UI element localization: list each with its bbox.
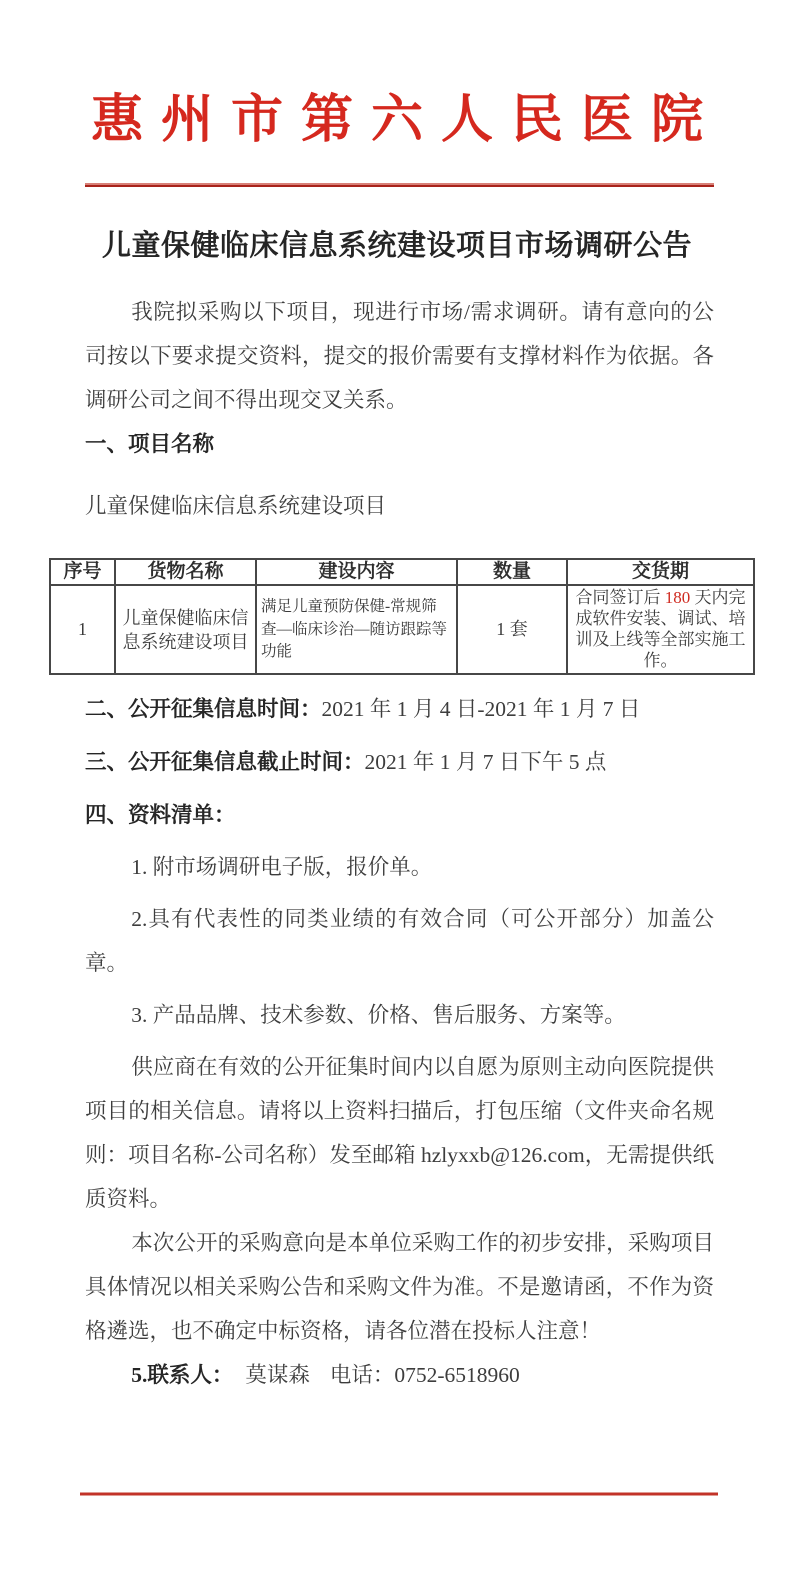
section-3-line: 三、公开征集信息截止时间：2021 年 1 月 7 日下午 5 点	[85, 740, 714, 784]
table-row: 1 儿童保健临床信息系统建设项目 满足儿童预防保健-常规筛查—临床诊治—随访跟踪…	[50, 585, 754, 674]
document-title: 儿童保健临床信息系统建设项目市场调研公告	[55, 223, 739, 264]
section-2-value: 2021 年 1 月 4 日-2021 年 1 月 7 日	[322, 697, 641, 721]
checklist-item-3: 3. 产品品牌、技术参数、价格、售后服务、方案等。	[85, 993, 714, 1037]
delivery-text-before: 合同签订后	[576, 588, 665, 607]
procurement-table: 序号 货物名称 建设内容 数量 交货期 1 儿童保健临床信息系统建设项目 满足儿…	[49, 558, 755, 675]
cell-build-content: 满足儿童预防保健-常规筛查—临床诊治—随访跟踪等功能	[256, 585, 457, 674]
col-header-goods-name: 货物名称	[115, 559, 256, 585]
section-2-line: 二、公开征集信息时间：2021 年 1 月 4 日-2021 年 1 月 7 日	[85, 687, 714, 731]
notice-paragraph: 本次公开的采购意向是本单位采购工作的初步安排，采购项目具体情况以相关采购公告和采…	[85, 1221, 714, 1353]
checklist-item-2: 2.具有代表性的同类业绩的有效合同（可公开部分）加盖公章。	[85, 897, 714, 985]
submission-paragraph: 供应商在有效的公开征集时间内以自愿为原则主动向医院提供项目的相关信息。请将以上资…	[85, 1045, 714, 1221]
document-page: 惠州市第六人民医院 儿童保健临床信息系统建设项目市场调研公告 我院拟采购以下项目…	[0, 0, 794, 1583]
header-rule	[85, 183, 714, 187]
section-4-heading: 四、资料清单：	[85, 793, 714, 837]
section-3-label: 三、公开征集信息截止时间：	[85, 750, 365, 774]
col-header-build-content: 建设内容	[256, 559, 457, 585]
table-header-row: 序号 货物名称 建设内容 数量 交货期	[50, 559, 754, 585]
footer-rule	[80, 1492, 718, 1496]
cell-no: 1	[50, 585, 115, 674]
hospital-name: 惠州市第六人民医院	[0, 0, 794, 153]
col-header-no: 序号	[50, 559, 115, 585]
contact-line: 5.联系人：莫谋森电话：0752-6518960	[85, 1353, 714, 1397]
document-body: 我院拟采购以下项目，现进行市场/需求调研。请有意向的公司按以下要求提交资料，提交…	[85, 290, 714, 1397]
col-header-delivery: 交货期	[567, 559, 754, 585]
section-3-value: 2021 年 1 月 7 日下午 5 点	[365, 750, 607, 774]
project-name: 儿童保健临床信息系统建设项目	[85, 484, 714, 528]
contact-phone: 电话：0752-6518960	[330, 1363, 520, 1387]
cell-quantity: 1 套	[457, 585, 567, 674]
intro-paragraph: 我院拟采购以下项目，现进行市场/需求调研。请有意向的公司按以下要求提交资料，提交…	[85, 290, 714, 422]
section-1-heading: 一、项目名称	[85, 422, 714, 466]
col-header-quantity: 数量	[457, 559, 567, 585]
cell-delivery: 合同签订后 180 天内完成软件安装、调试、培训及上线等全部实施工作。	[567, 585, 754, 674]
contact-name: 莫谋森	[245, 1363, 310, 1387]
contact-label: 5.联系人：	[131, 1363, 233, 1387]
cell-goods-name: 儿童保健临床信息系统建设项目	[115, 585, 256, 674]
section-2-label: 二、公开征集信息时间：	[85, 697, 322, 721]
delivery-days-highlight: 180	[665, 588, 691, 607]
checklist-item-1: 1. 附市场调研电子版，报价单。	[85, 845, 714, 889]
